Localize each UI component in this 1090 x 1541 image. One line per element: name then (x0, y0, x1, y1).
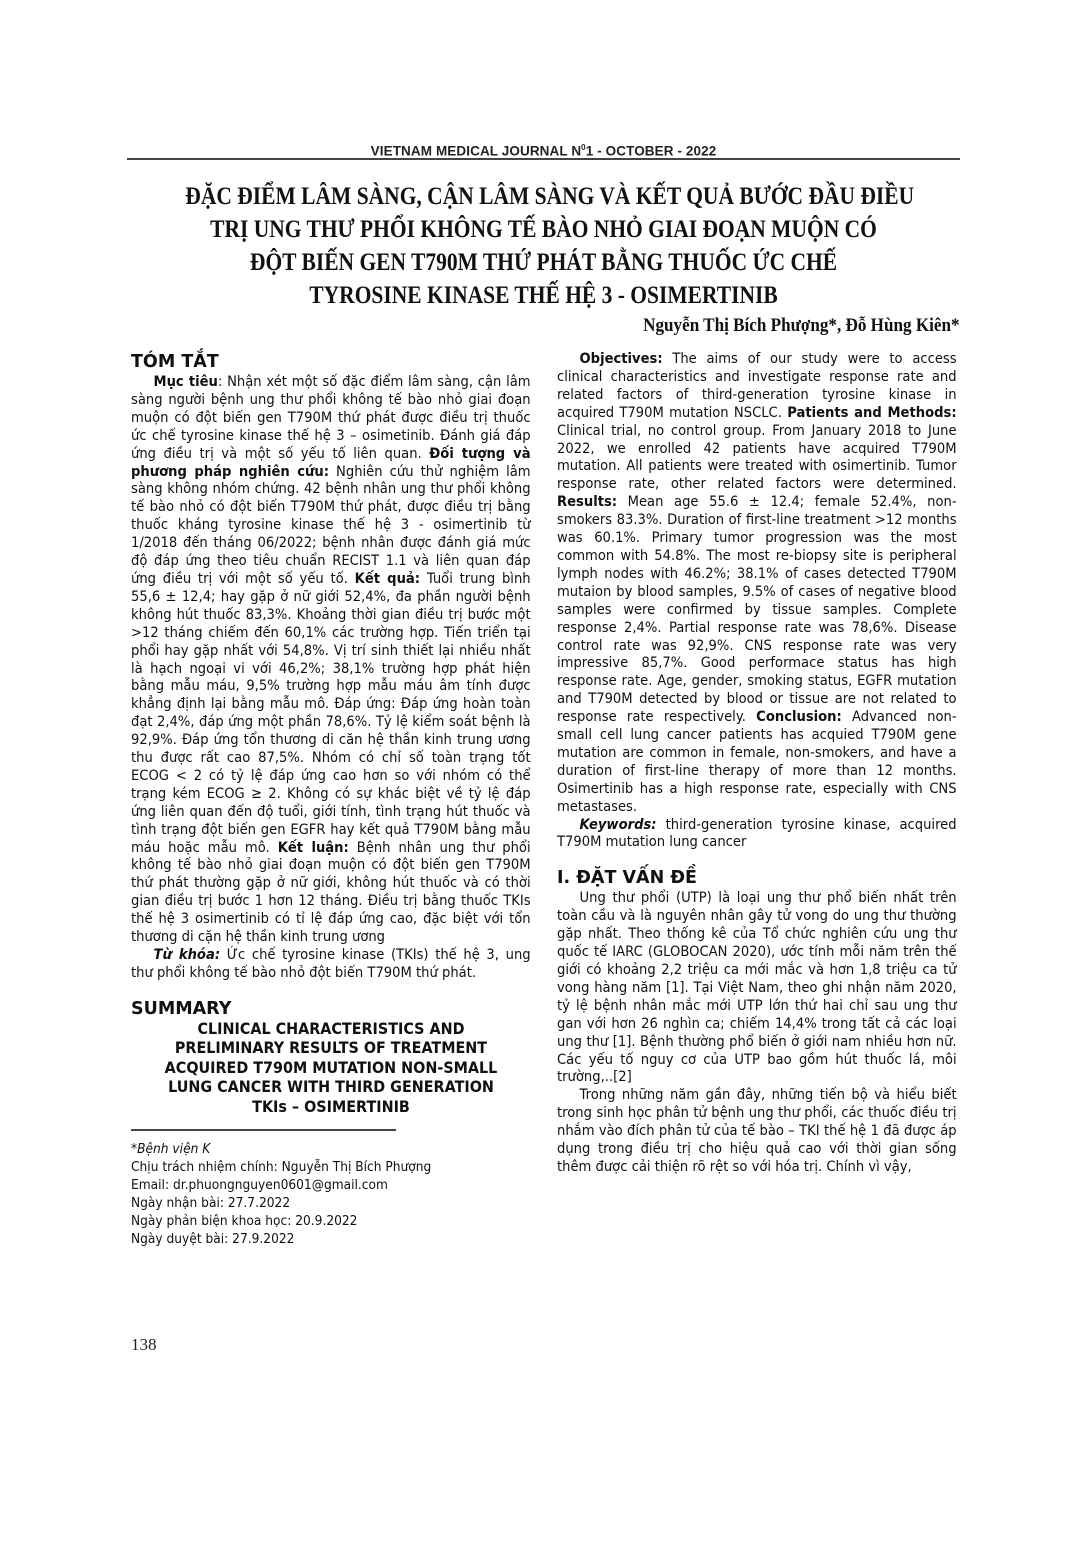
article-title: ĐẶC ĐIỂM LÂM SÀNG, CẬN LÂM SÀNG VÀ KẾT Q… (185, 180, 901, 312)
right-column: Objectives: The aims of our study were t… (557, 350, 957, 1176)
accepted-date: Ngày duyệt bài: 27.9.2022 (131, 1231, 499, 1249)
results-text: Tuổi trung bình 55,6 ± 12,4; hay gặp ở n… (131, 570, 531, 856)
abstract-vi-body: Mục tiêu: Nhận xét một số đặc điểm lâm s… (131, 373, 531, 946)
keywords-en: Keywords: third-generation tyrosine kina… (557, 816, 957, 852)
affiliation: *Bệnh viện K (131, 1141, 499, 1159)
keywords-vi-label: Từ khóa: (154, 946, 221, 963)
header-rule (127, 158, 960, 160)
page-number: 138 (131, 1335, 157, 1355)
keywords-vi: Từ khóa: Ức chế tyrosine kinase (TKIs) t… (131, 946, 531, 982)
patients-methods-label: Patients and Methods: (787, 404, 956, 421)
patients-methods-text: Clinical trial, no control group. From J… (557, 422, 957, 493)
section-1-heading: I. ĐẶT VẤN ĐỀ (557, 867, 957, 889)
conclusion-label: Kết luận: (278, 839, 349, 856)
issue-info: 1 - OCTOBER - 2022 (586, 144, 717, 159)
title-line: TRỊ UNG THƯ PHỔI KHÔNG TẾ BÀO NHỎ GIAI Đ… (185, 213, 901, 246)
abstract-vi-heading: TÓM TẮT (131, 351, 531, 373)
reviewed-date: Ngày phản biện khoa học: 20.9.2022 (131, 1213, 499, 1231)
english-title-line: PRELIMINARY RESULTS OF TREATMENT (147, 1039, 515, 1059)
email-link[interactable]: Email: dr.phuongnguyen0601@gmail.com (131, 1177, 499, 1195)
objective-label: Mục tiêu (154, 373, 218, 390)
authors: Nguyễn Thị Bích Phượng*, Đỗ Hùng Kiên* (644, 315, 960, 337)
english-title-line: TKIs – OSIMERTINIB (147, 1098, 515, 1118)
results-label: Kết quả: (355, 570, 420, 587)
keywords-en-label: Keywords: (580, 816, 657, 833)
english-title-line: LUNG CANCER WITH THIRD GENERATION (147, 1078, 515, 1098)
section-1-para-1: Ung thư phổi (UTP) là loại ung thư phổ b… (557, 889, 957, 1086)
english-title: CLINICAL CHARACTERISTICS AND PRELIMINARY… (147, 1020, 515, 1118)
results-en-text: Mean age 55.6 ± 12.4; female 52.4%, non-… (557, 493, 957, 725)
english-title-line: ACQUIRED T790M MUTATION NON-SMALL (147, 1059, 515, 1079)
corresponding-author: Chịu trách nhiệm chính: Nguyễn Thị Bích … (131, 1159, 499, 1177)
footnotes: *Bệnh viện K Chịu trách nhiệm chính: Ngu… (131, 1141, 499, 1249)
title-line: ĐẶC ĐIỂM LÂM SÀNG, CẬN LÂM SÀNG VÀ KẾT Q… (185, 180, 901, 213)
english-title-line: CLINICAL CHARACTERISTICS AND (147, 1020, 515, 1040)
summary-heading: SUMMARY (131, 998, 531, 1020)
journal-name: VIETNAM MEDICAL JOURNAL N (371, 144, 582, 159)
abstract-en-body: Objectives: The aims of our study were t… (557, 350, 957, 816)
journal-page: VIETNAM MEDICAL JOURNAL N01 - OCTOBER - … (0, 0, 1090, 1541)
received-date: Ngày nhận bài: 27.7.2022 (131, 1195, 499, 1213)
running-header: VIETNAM MEDICAL JOURNAL N01 - OCTOBER - … (127, 143, 960, 159)
section-1-para-2: Trong những năm gần đây, những tiến bộ v… (557, 1086, 957, 1176)
objectives-label: Objectives: (580, 350, 663, 367)
left-column: TÓM TẮT Mục tiêu: Nhận xét một số đặc đi… (131, 351, 531, 1249)
title-line: TYROSINE KINASE THẾ HỆ 3 - OSIMERTINIB (185, 279, 901, 312)
footnote-rule (131, 1129, 396, 1131)
methods-text: Nghiên cứu thử nghiệm lâm sàng không nhó… (131, 463, 531, 587)
conclusion-en-label: Conclusion: (756, 708, 842, 725)
title-line: ĐỘT BIẾN GEN T790M THỨ PHÁT BẰNG THUỐC Ứ… (185, 246, 901, 279)
results-en-label: Results: (557, 493, 617, 510)
